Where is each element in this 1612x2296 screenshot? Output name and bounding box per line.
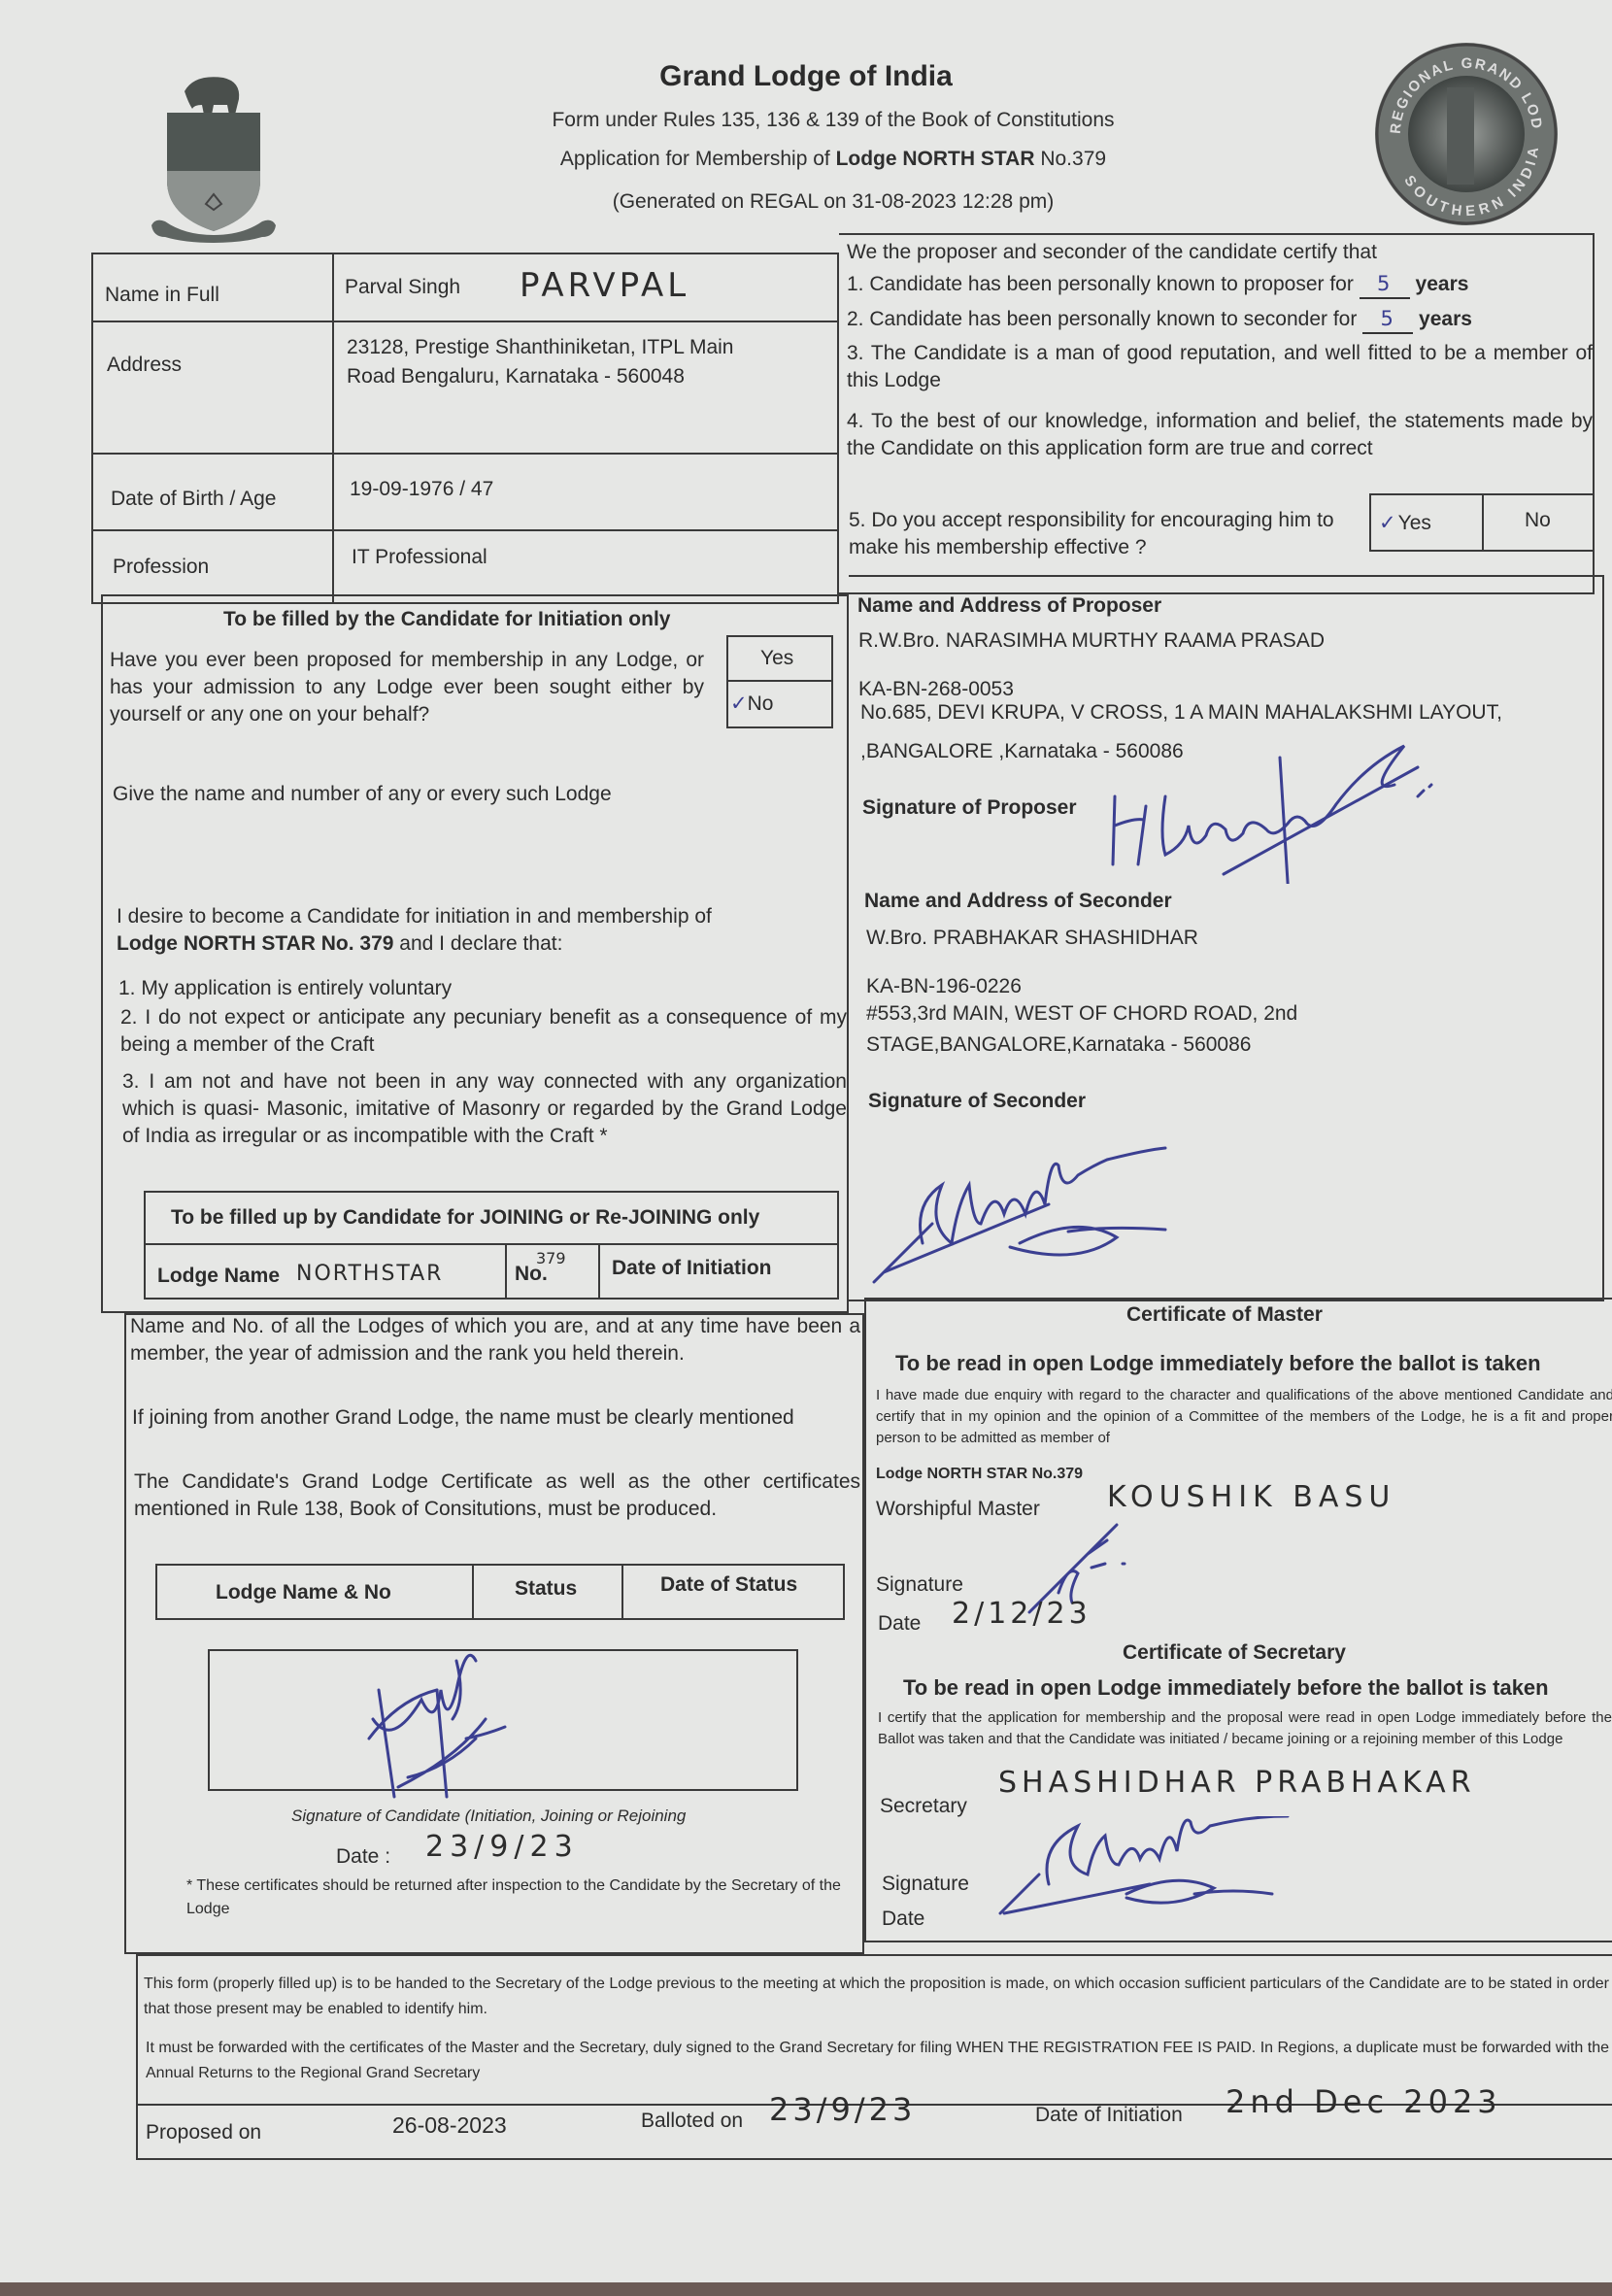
name-value: Parval Singh: [345, 274, 460, 301]
prior-proposal-no-checkbox[interactable]: ✓No: [730, 690, 773, 718]
joining-no-value: 379: [536, 1245, 566, 1272]
name-handwritten: PARVPAL: [520, 272, 689, 299]
secretary-signature-label: Signature: [882, 1871, 969, 1898]
candidate-signature-caption: Signature of Candidate (Initiation, Join…: [291, 1803, 686, 1830]
declaration-intro: I desire to become a Candidate for initi…: [117, 903, 847, 958]
seconder-id: KA-BN-196-0226: [866, 973, 1022, 1000]
certify-item-3: 3. The Candidate is a man of good reputa…: [847, 340, 1593, 394]
proposer-name: R.W.Bro. NARASIMHA MURTHY RAAMA PRASAD: [858, 627, 1325, 655]
certify-item-1: 1. Candidate has been personally known t…: [847, 270, 1595, 299]
table-divider: [91, 453, 839, 455]
regional-grand-lodge-seal-icon: REGIONAL GRAND LODGE SOUTHERN INDIA: [1369, 37, 1563, 231]
master-cert-title: Certificate of Master: [1126, 1301, 1323, 1329]
table-divider: [91, 529, 839, 531]
seconder-address-line-1: #553,3rd MAIN, WEST OF CHORD ROAD, 2nd: [866, 1000, 1297, 1028]
secretary-date-label: Date: [882, 1906, 924, 1933]
proposed-on-label: Proposed on: [146, 2119, 261, 2146]
master-cert-subtitle: To be read in open Lodge immediately bef…: [895, 1350, 1541, 1377]
table-divider: [91, 321, 839, 322]
give-lodge-prompt: Give the name and number of any or every…: [113, 781, 612, 808]
seconder-address-line-2: STAGE,BANGALORE,Karnataka - 560086: [866, 1031, 1251, 1059]
table-divider: [144, 1243, 839, 1245]
date-of-initiation-value: 2nd Dec 2023: [1226, 2088, 1502, 2115]
proposer-signature-icon: [1107, 719, 1534, 884]
seconder-signature-icon: [864, 1117, 1272, 1292]
declaration-3: 3. I am not and have not been in any way…: [122, 1068, 847, 1150]
table-divider: [1482, 493, 1484, 552]
table-divider: [332, 253, 334, 604]
secretary-signature-icon: [991, 1816, 1360, 1923]
column-header-lodge-name: Lodge Name & No: [216, 1579, 391, 1606]
table-surface: [0, 2282, 1612, 2296]
seconder-signature-label: Signature of Seconder: [868, 1088, 1086, 1115]
profession-value: IT Professional: [352, 544, 487, 571]
table-divider: [598, 1243, 600, 1300]
responsibility-no-checkbox[interactable]: No: [1525, 507, 1551, 534]
table-divider: [505, 1243, 507, 1300]
joining-lodge-name-label: Lodge Name: [157, 1263, 280, 1290]
column-header-status: Status: [515, 1575, 577, 1603]
balloted-on-label: Balloted on: [641, 2108, 743, 2135]
joining-lodge-name-value: NORTHSTAR: [296, 1261, 443, 1288]
joining-date-label: Date of Initiation: [612, 1255, 772, 1282]
proposer-signature-label: Signature of Proposer: [862, 794, 1077, 822]
responsibility-yes-checkbox[interactable]: ✓Yes: [1379, 509, 1431, 537]
master-date-value: 2/12/23: [952, 1601, 1091, 1628]
lodge-history-para-2: If joining from another Grand Lodge, the…: [132, 1404, 860, 1432]
address-label: Address: [107, 352, 182, 379]
dob-value: 19-09-1976 / 47: [350, 476, 493, 503]
proposer-years-value: 5: [1360, 270, 1410, 299]
joining-heading: To be filled up by Candidate for JOINING…: [171, 1204, 759, 1232]
certify-item-2: 2. Candidate has been personally known t…: [847, 305, 1595, 334]
declaration-1: 1. My application is entirely voluntary: [118, 975, 452, 1002]
secretary-label: Secretary: [880, 1793, 967, 1820]
secretary-name-value: SHASHIDHAR PRABHAKAR: [998, 1770, 1476, 1797]
seconder-heading: Name and Address of Seconder: [864, 888, 1172, 915]
check-icon: ✓: [730, 692, 748, 715]
declaration-2: 2. I do not expect or anticipate any pec…: [120, 1004, 847, 1059]
certificates-footnote: * These certificates should be returned …: [186, 1874, 856, 1921]
certify-item-5: 5. Do you accept responsibility for enco…: [849, 507, 1363, 561]
date-of-initiation-label: Date of Initiation: [1035, 2102, 1183, 2129]
name-label: Name in Full: [105, 282, 219, 309]
column-header-date-of-status: Date of Status: [660, 1571, 797, 1599]
certify-item-4: 4. To the best of our knowledge, informa…: [847, 408, 1593, 462]
candidate-signature-icon: [350, 1641, 544, 1806]
master-date-label: Date: [878, 1610, 921, 1638]
profession-label: Profession: [113, 554, 209, 581]
lodge-history-para-3: The Candidate's Grand Lodge Certificate …: [134, 1469, 860, 1523]
table-divider: [621, 1564, 623, 1620]
address-line-1: 23128, Prestige Shanthiniketan, ITPL Mai…: [347, 334, 733, 361]
secretary-cert-subtitle: To be read in open Lodge immediately bef…: [903, 1674, 1549, 1702]
candidate-date-label: Date :: [336, 1843, 390, 1871]
master-name-value: KOUSHIK BASU: [1107, 1484, 1395, 1511]
master-signature-label: Signature: [876, 1571, 963, 1599]
balloted-on-value: 23/9/23: [769, 2096, 916, 2123]
footer-note-2: It must be forwarded with the certificat…: [146, 2036, 1612, 2086]
initiation-question: Have you ever been proposed for membersh…: [110, 647, 704, 728]
dob-label: Date of Birth / Age: [111, 486, 276, 513]
master-cert-lodge: Lodge NORTH STAR No.379: [876, 1461, 1083, 1488]
proposed-on-value: 26-08-2023: [392, 2111, 507, 2139]
check-icon: ✓: [1379, 511, 1398, 534]
table-divider: [472, 1564, 474, 1620]
secretary-cert-title: Certificate of Secretary: [1123, 1639, 1346, 1667]
certify-intro: We the proposer and seconder of the cand…: [847, 239, 1377, 266]
candidate-date-value: 23/9/23: [425, 1834, 579, 1861]
form-page: Grand Lodge of India Form under Rules 13…: [0, 0, 1612, 2282]
initiation-heading: To be filled by the Candidate for Initia…: [223, 606, 670, 633]
seconder-years-value: 5: [1362, 305, 1413, 334]
proposer-heading: Name and Address of Proposer: [857, 592, 1161, 620]
address-line-2: Road Bengaluru, Karnataka - 560048: [347, 363, 685, 390]
master-cert-body: I have made due enquiry with regard to t…: [876, 1385, 1612, 1449]
secretary-cert-body: I certify that the application for membe…: [878, 1707, 1612, 1750]
footer-note-1: This form (properly filled up) is to be …: [144, 1972, 1612, 2022]
lodge-history-para-1: Name and No. of all the Lodges of which …: [130, 1313, 860, 1367]
table-divider: [726, 680, 833, 682]
prior-proposal-yes-checkbox[interactable]: Yes: [760, 645, 793, 672]
seconder-name: W.Bro. PRABHAKAR SHASHIDHAR: [866, 925, 1198, 952]
